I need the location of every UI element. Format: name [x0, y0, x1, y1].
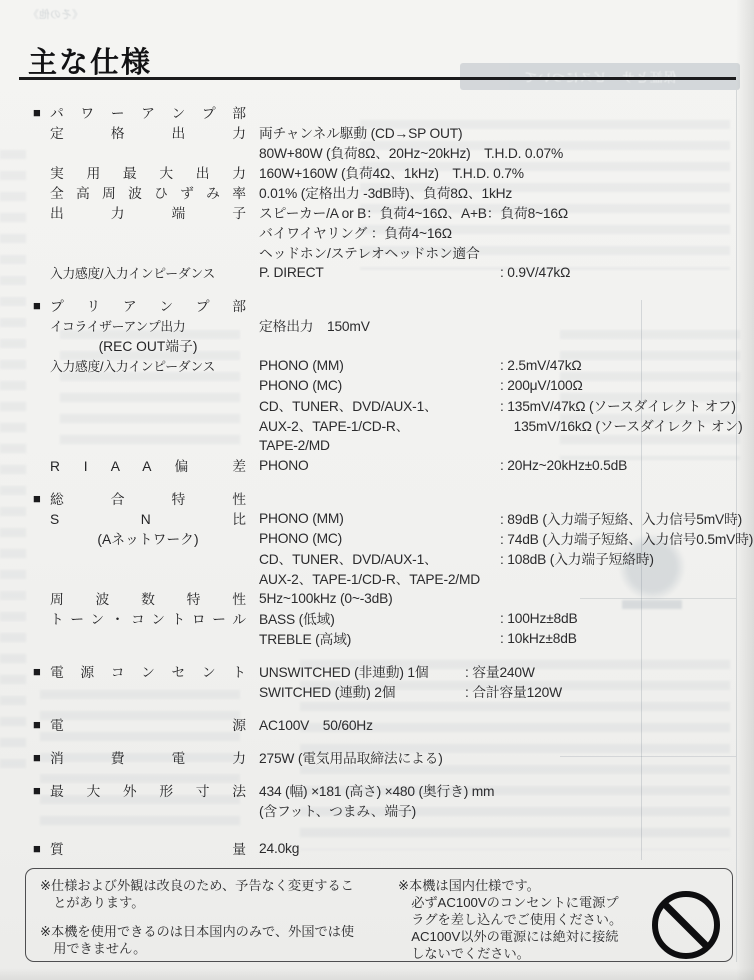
- note-ac100v-use: 必ずAC100Vのコンセントに電源プラグを差し込んでご使用ください。: [411, 894, 630, 928]
- spec-subvalue: P. DIRECT: [259, 265, 500, 280]
- spec-label: R I A A 偏 差: [50, 455, 246, 475]
- spec-row: TREBLE (高域): 10kHz±8dB: [33, 628, 743, 648]
- spec-value: 80W+80W (負荷8Ω、20Hz~20kHz) T.H.D. 0.07%: [259, 142, 743, 162]
- spec-subvalue: PHONO: [259, 458, 500, 473]
- spec-subvalue: AUX-2、TAPE-1/CD-R、: [259, 415, 500, 435]
- spec-value: バイワイヤリング ：負荷4~16Ω: [259, 222, 743, 242]
- spec-row: 実 用 最 大 出 力160W+160W (負荷4Ω、1kHz) T.H.D. …: [33, 162, 743, 182]
- note-domestic-spec: ※本機は国内仕様です。: [398, 877, 630, 894]
- section-power-supply: ■電 源AC100V 50/60Hz: [33, 714, 743, 734]
- spec-value: 434 (幅) ×181 (高さ) ×480 (奥行き) mm: [259, 780, 743, 800]
- spec-value: : 89dB (入力端子短絡、入力信号5mV時): [500, 508, 743, 528]
- section-overall: ■総 合 特 性 S N 比PHONO (MM): 89dB (入力端子短絡、入…: [33, 488, 743, 648]
- page: { "title": "主な仕様", "sections": [ { "line…: [0, 0, 754, 980]
- spec-subvalue: TREBLE (高域): [259, 628, 500, 648]
- spec-value: 定格出力 150mV: [259, 315, 743, 335]
- bleedthrough-top-left-text: 《その他》: [28, 6, 83, 22]
- spec-value: スピーカー/A or B：負荷4~16Ω、A+B：負荷8~16Ω: [259, 202, 743, 222]
- spec-subvalue: SWITCHED (連動) 2個: [259, 681, 465, 701]
- spec-subvalue: CD、TUNER、DVD/AUX-1、: [259, 548, 500, 568]
- spec-label: 実 用 最 大 出 力: [50, 162, 246, 182]
- spec-subvalue: PHONO (MM): [259, 511, 500, 526]
- section-weight: ■質 量24.0kg: [33, 838, 743, 858]
- spec-label: 入力感度/入力インピーダンス: [50, 356, 246, 375]
- spec-label: トーン・コントロール: [50, 608, 246, 628]
- spec-value: 275W (電気用品取締法による): [259, 747, 743, 767]
- spec-row: ■消 費 電 力275W (電気用品取締法による): [33, 747, 743, 767]
- spec-subvalue: TAPE-2/MD: [259, 438, 500, 453]
- spec-row: ■質 量24.0kg: [33, 838, 743, 858]
- prohibition-icon: [652, 891, 720, 959]
- spec-value: AC100V 50/60Hz: [259, 714, 743, 734]
- spec-row: TAPE-2/MD: [33, 435, 743, 455]
- spec-row: S N 比PHONO (MM): 89dB (入力端子短絡、入力信号5mV時): [33, 508, 743, 528]
- spec-value: 135mV/16kΩ (ソースダイレクト オン): [500, 415, 743, 435]
- spec-row: ヘッドホン/ステレオヘッドホン適合: [33, 242, 743, 262]
- section-bullet-icon: ■: [33, 664, 50, 679]
- section-bullet-icon: ■: [33, 105, 50, 120]
- spec-value: : 容量240W: [465, 661, 743, 681]
- title-rule: [19, 77, 736, 80]
- spec-row: 定 格 出 力両チャンネル駆動 (CD→SP OUT): [33, 122, 743, 142]
- page-title: 主な仕様: [28, 40, 152, 81]
- bleedthrough-smudge: [0, 150, 26, 770]
- spec-row: ■電 源 コ ン セ ン トUNSWITCHED (非連動) 1個: 容量240…: [33, 661, 743, 681]
- spec-row: 周 波 数 特 性5Hz~100kHz (0~-3dB): [33, 588, 743, 608]
- notes-left-column: ※仕様および外観は改良のため、予告なく変更することがあります。 ※本機を使用でき…: [40, 877, 364, 955]
- spec-subvalue: UNSWITCHED (非連動) 1個: [259, 661, 465, 681]
- spec-subvalue: BASS (低域): [259, 608, 500, 628]
- section-pre-amp: ■プ リ ア ン プ 部 イコライザーアンプ出力定格出力 150mV (REC …: [33, 295, 743, 475]
- section-bullet-icon: ■: [33, 750, 50, 765]
- spec-value: : 0.9V/47kΩ: [500, 265, 743, 280]
- spec-row: AUX-2、TAPE-1/CD-R、 135mV/16kΩ (ソースダイレクト …: [33, 415, 743, 435]
- section-bullet-icon: ■: [33, 491, 50, 506]
- spec-value: : 10kHz±8dB: [500, 631, 743, 646]
- notes-content: ※仕様および外観は改良のため、予告なく変更することがあります。 ※本機を使用でき…: [40, 877, 722, 955]
- notes-box: ※仕様および外観は改良のため、予告なく変更することがあります。 ※本機を使用でき…: [25, 868, 733, 962]
- spec-value: : 74dB (入力端子短絡、入力信号0.5mV時): [500, 528, 753, 548]
- spec-label: 質 量: [50, 838, 246, 858]
- spec-row: (REC OUT端子): [33, 335, 743, 355]
- spec-row: PHONO (MC): 200μV/100Ω: [33, 375, 743, 395]
- section-dimensions: ■最 大 外 形 寸 法434 (幅) ×181 (高さ) ×480 (奥行き)…: [33, 780, 743, 820]
- section-header-label: パ ワ ー ア ン プ 部: [50, 102, 246, 122]
- section-ac-outlet: ■電 源 コ ン セ ン トUNSWITCHED (非連動) 1個: 容量240…: [33, 661, 743, 701]
- section-power-consumption: ■消 費 電 力275W (電気用品取締法による): [33, 747, 743, 767]
- spec-row: R I A A 偏 差PHONO: 20Hz~20kHz±0.5dB: [33, 455, 743, 475]
- page-edge-shadow: [0, 968, 754, 980]
- spec-row: (含フット、つまみ、端子): [33, 800, 743, 820]
- spec-label: S N 比: [50, 508, 246, 528]
- spec-subvalue: PHONO (MM): [259, 358, 500, 373]
- spec-label: 電 源: [50, 714, 246, 734]
- spec-row: AUX-2、TAPE-1/CD-R、TAPE-2/MD: [33, 568, 743, 588]
- spec-value: 0.01% (定格出力 -3dB時)、負荷8Ω、1kHz: [259, 182, 743, 202]
- spec-subvalue: CD、TUNER、DVD/AUX-1、: [259, 395, 500, 415]
- spec-table: ■パ ワ ー ア ン プ 部 定 格 出 力両チャンネル駆動 (CD→SP OU…: [33, 102, 743, 858]
- section-header-label: プ リ ア ン プ 部: [50, 295, 246, 315]
- spec-label: 電 源 コ ン セ ン ト: [50, 661, 246, 681]
- spec-label: 出 力 端 子: [50, 202, 246, 222]
- note-domestic-only: ※本機を使用できるのは日本国内のみで、外国では使用できません。: [40, 923, 364, 957]
- spec-label: イコライザーアンプ出力: [50, 316, 246, 335]
- spec-value: 160W+160W (負荷4Ω、1kHz) T.H.D. 0.7%: [259, 162, 743, 182]
- spec-value: : 135mV/47kΩ (ソースダイレクト オフ): [500, 395, 743, 415]
- spec-value: : 200μV/100Ω: [500, 378, 743, 393]
- spec-label: 消 費 電 力: [50, 747, 246, 767]
- spec-value: : 合計容量120W: [465, 681, 743, 701]
- spec-row: CD、TUNER、DVD/AUX-1、: 108dB (入力端子短絡時): [33, 548, 743, 568]
- spec-row: 入力感度/入力インピーダンスPHONO (MM): 2.5mV/47kΩ: [33, 355, 743, 375]
- spec-value: : 100Hz±8dB: [500, 611, 743, 626]
- spec-value: AUX-2、TAPE-1/CD-R、TAPE-2/MD: [259, 568, 743, 588]
- note-spec-change: ※仕様および外観は改良のため、予告なく変更することがあります。: [40, 877, 364, 911]
- section-power-amp: ■パ ワ ー ア ン プ 部 定 格 出 力両チャンネル駆動 (CD→SP OU…: [33, 102, 743, 282]
- spec-label: 定 格 出 力: [50, 122, 246, 142]
- spec-subvalue: PHONO (MC): [259, 531, 500, 546]
- spec-value: ヘッドホン/ステレオヘッドホン適合: [259, 242, 743, 262]
- spec-value: 両チャンネル駆動 (CD→SP OUT): [259, 122, 743, 142]
- spec-row: 80W+80W (負荷8Ω、20Hz~20kHz) T.H.D. 0.07%: [33, 142, 743, 162]
- notes-right-column: ※本機は国内仕様です。 必ずAC100Vのコンセントに電源プラグを差し込んでご使…: [398, 877, 630, 955]
- section-bullet-icon: ■: [33, 783, 50, 798]
- section-bullet-icon: ■: [33, 298, 50, 313]
- spec-row: ■電 源AC100V 50/60Hz: [33, 714, 743, 734]
- spec-subvalue: PHONO (MC): [259, 378, 500, 393]
- section-bullet-icon: ■: [33, 717, 50, 732]
- spec-row: トーン・コントロールBASS (低域): 100Hz±8dB: [33, 608, 743, 628]
- section-header: ■総 合 特 性: [33, 488, 743, 508]
- spec-value: (含フット、つまみ、端子): [259, 800, 743, 820]
- spec-value: 24.0kg: [259, 841, 743, 856]
- spec-value: : 108dB (入力端子短絡時): [500, 548, 743, 568]
- note-ac100v-warning: AC100V以外の電源には絶対に接続しないでください。: [411, 928, 630, 962]
- spec-label: 入力感度/入力インピーダンス: [50, 263, 246, 282]
- spec-label: 最 大 外 形 寸 法: [50, 780, 246, 800]
- section-header: ■プ リ ア ン プ 部: [33, 295, 743, 315]
- spec-value: : 20Hz~20kHz±0.5dB: [500, 458, 743, 473]
- spec-row: 入力感度/入力インピーダンスP. DIRECT: 0.9V/47kΩ: [33, 262, 743, 282]
- spec-label: 全 高 周 波 ひ ず み 率: [50, 182, 246, 202]
- spec-row: CD、TUNER、DVD/AUX-1、: 135mV/47kΩ (ソースダイレク…: [33, 395, 743, 415]
- spec-label: (Aネットワーク): [50, 528, 246, 548]
- section-header-label: 総 合 特 性: [50, 488, 246, 508]
- section-header: ■パ ワ ー ア ン プ 部: [33, 102, 743, 122]
- section-bullet-icon: ■: [33, 841, 50, 856]
- spec-row: SWITCHED (連動) 2個: 合計容量120W: [33, 681, 743, 701]
- spec-value: 5Hz~100kHz (0~-3dB): [259, 591, 743, 606]
- spec-row: 全 高 周 波 ひ ず み 率0.01% (定格出力 -3dB時)、負荷8Ω、1…: [33, 182, 743, 202]
- spec-value: : 2.5mV/47kΩ: [500, 358, 743, 373]
- spec-row: ■最 大 外 形 寸 法434 (幅) ×181 (高さ) ×480 (奥行き)…: [33, 780, 743, 800]
- spec-row: 出 力 端 子スピーカー/A or B：負荷4~16Ω、A+B：負荷8~16Ω: [33, 202, 743, 222]
- spec-row: バイワイヤリング ：負荷4~16Ω: [33, 222, 743, 242]
- spec-label: (REC OUT端子): [50, 335, 246, 355]
- spec-row: (Aネットワーク)PHONO (MC): 74dB (入力端子短絡、入力信号0.…: [33, 528, 743, 548]
- spec-label: 周 波 数 特 性: [50, 588, 246, 608]
- spec-row: イコライザーアンプ出力定格出力 150mV: [33, 315, 743, 335]
